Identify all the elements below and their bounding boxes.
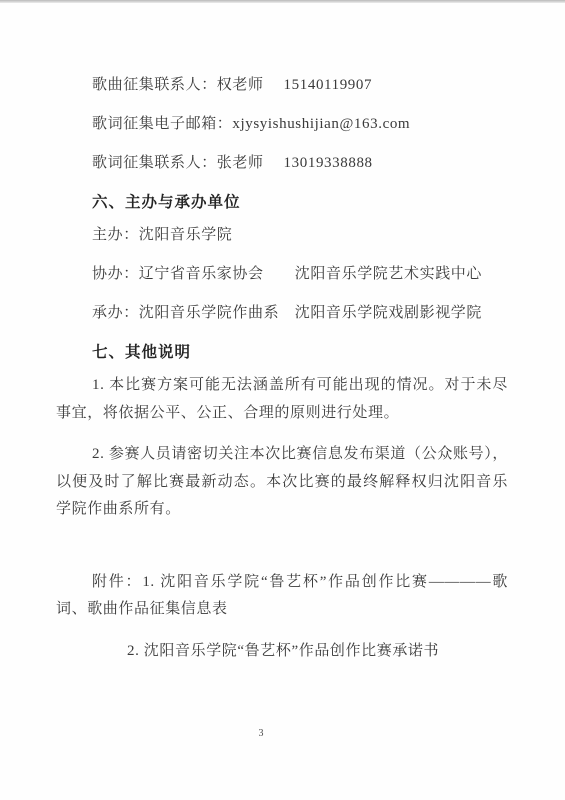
- attachment-item-1: 附件：1. 沈阳音乐学院“鲁艺杯”作品创作比赛————歌词、歌曲作品征集信息表: [56, 569, 508, 624]
- organizer-line-coorganizer: 协办：辽宁省音乐家协会 沈阳音乐学院艺术实践中心: [56, 261, 508, 288]
- document-page: 歌曲征集联系人：权老师 15140119907 歌词征集电子邮箱：xjysyis…: [0, 0, 565, 800]
- attachment-item-2: 2. 沈阳音乐学院“鲁艺杯”作品创作比赛承诺书: [127, 638, 508, 665]
- contact-line-email: 歌词征集电子邮箱：xjysyishushijian@163.com: [56, 111, 508, 138]
- attachments-section: 附件：1. 沈阳音乐学院“鲁艺杯”作品创作比赛————歌词、歌曲作品征集信息表 …: [56, 569, 508, 665]
- section-heading-notes: 七、其他说明: [56, 339, 508, 366]
- organizer-line-host: 主办：沈阳音乐学院: [56, 222, 508, 249]
- notes-paragraph-2: 2. 参赛人员请密切关注本次比赛信息发布渠道（公众账号），以便及时了解比赛最新动…: [56, 441, 508, 524]
- organizer-line-undertaker: 承办：沈阳音乐学院作曲系 沈阳音乐学院戏剧影视学院: [56, 300, 508, 327]
- document-body: 歌曲征集联系人：权老师 15140119907 歌词征集电子邮箱：xjysyis…: [56, 72, 508, 665]
- contact-line-lyrics: 歌词征集联系人：张老师 13019338888: [56, 150, 508, 177]
- section-heading-organizers: 六、主办与承办单位: [56, 189, 508, 216]
- page-top-edge: [0, 0, 565, 3]
- page-number: 3: [0, 727, 522, 741]
- contact-line-song: 歌曲征集联系人：权老师 15140119907: [56, 72, 508, 99]
- notes-paragraph-1: 1. 本比赛方案可能无法涵盖所有可能出现的情况。对于未尽事宜，将依据公平、公正、…: [56, 372, 508, 427]
